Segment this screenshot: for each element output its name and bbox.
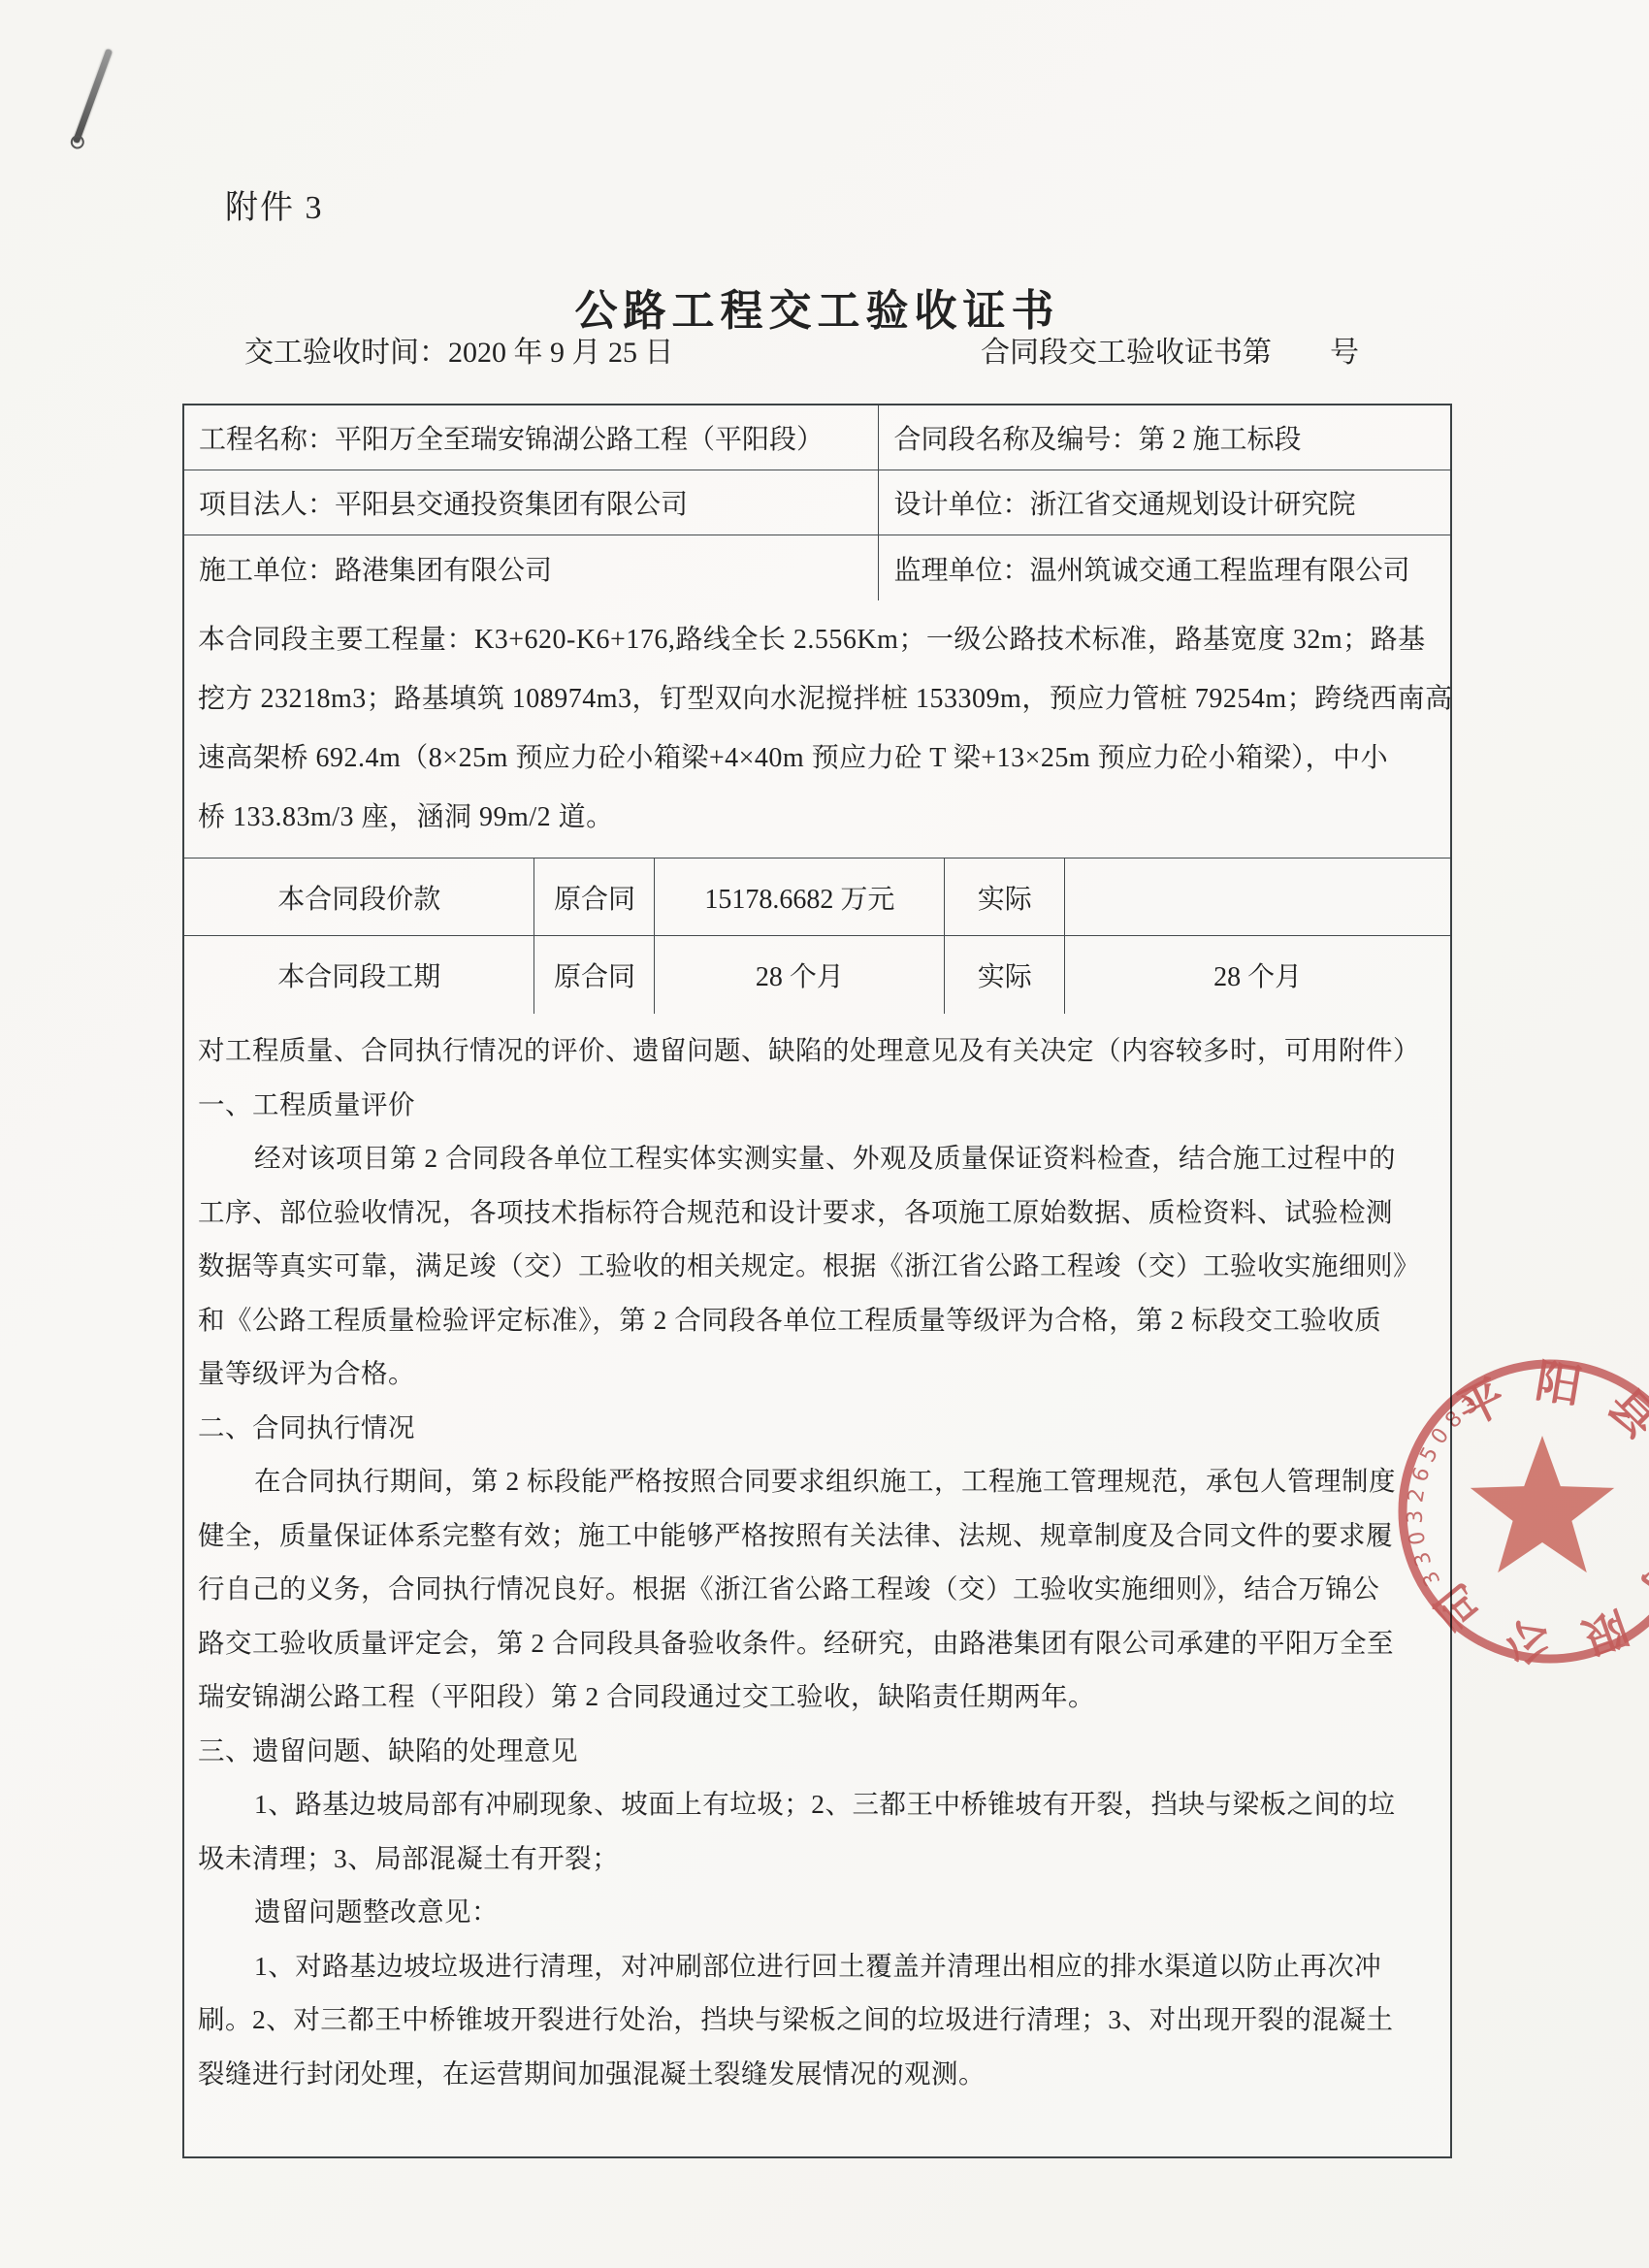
contract-rows: 本合同段价款 原合同 15178.6682 万元 实际 本合同段工期 原合同 2… <box>184 859 1450 1014</box>
evaluation-line: 健全，质量保证体系完整有效；施工中能够严格按照有关法律、法规、规章制度及合同文件… <box>198 1508 1437 1563</box>
contract-label: 本合同段价款 <box>184 859 534 935</box>
quantities-line: 挖方 23218m3；路基填筑 108974m3，钉型双向水泥搅拌桩 15330… <box>198 669 1437 729</box>
evaluation-line: 三、遗留问题、缺陷的处理意见 <box>198 1724 1437 1778</box>
evaluation-line: 量等级评为合格。 <box>198 1346 1437 1401</box>
evaluation-line: 经对该项目第 2 合同段各单位工程实体实测实量、外观及质量保证资料检查，结合施工… <box>198 1131 1437 1185</box>
table-row: 本合同段工期 原合同 28 个月 实际 28 个月 <box>184 936 1450 1014</box>
info-cell-left: 项目法人：平阳县交通投资集团有限公司 <box>184 470 879 535</box>
table-row: 项目法人：平阳县交通投资集团有限公司 设计单位：浙江省交通规划设计研究院 <box>184 470 1450 535</box>
info-cell-right: 合同段名称及编号：第 2 施工标段 <box>879 405 1450 470</box>
info-cell-left: 工程名称：平阳万全至瑞安锦湖公路工程（平阳段） <box>184 405 879 470</box>
evaluation-line: 圾未清理；3、局部混凝土有开裂； <box>198 1831 1437 1886</box>
evaluation-line: 和《公路工程质量检验评定标准》，第 2 合同段各单位工程质量等级评为合格，第 2… <box>198 1293 1437 1347</box>
actual-label: 实际 <box>945 936 1065 1014</box>
pen-scratch-mark <box>73 49 113 144</box>
actual-value: 28 个月 <box>1065 936 1450 1014</box>
table-row: 工程名称：平阳万全至瑞安锦湖公路工程（平阳段） 合同段名称及编号：第 2 施工标… <box>184 405 1450 470</box>
evaluation-line: 在合同执行期间，第 2 标段能严格按照合同要求组织施工，工程施工管理规范，承包人… <box>198 1454 1437 1508</box>
certificate-number: 合同段交工验收证书第 号 <box>981 328 1359 371</box>
evaluation-line: 瑞安锦湖公路工程（平阳段）第 2 合同段通过交工验收，缺陷责任期两年。 <box>198 1669 1437 1724</box>
seal-top-text: 平阳县 <box>1450 1356 1649 1466</box>
original-contract-label: 原合同 <box>534 859 655 935</box>
original-contract-label: 原合同 <box>534 936 655 1014</box>
header-meta-row: 交工验收时间：2020 年 9 月 25 日 合同段交工验收证书第 号 <box>182 328 1452 367</box>
quantities-line: 桥 133.83m/3 座，涵洞 99m/2 道。 <box>198 788 1437 847</box>
table-row: 本合同段价款 原合同 15178.6682 万元 实际 <box>184 859 1450 936</box>
evaluation-line: 1、路基边坡局部有冲刷现象、坡面上有垃圾；2、三都王中桥锥坡有开裂，挡块与梁板之… <box>198 1777 1437 1831</box>
evaluation-line: 工序、部位验收情况，各项技术指标符合规范和设计要求，各项施工原始数据、质检资料、… <box>198 1185 1437 1240</box>
info-cell-right: 设计单位：浙江省交通规划设计研究院 <box>879 470 1450 535</box>
evaluation-line: 1、对路基边坡垃圾进行清理，对冲刷部位进行回土覆盖并清理出相应的排水渠道以防止再… <box>198 1939 1437 1993</box>
original-contract-value: 15178.6682 万元 <box>655 859 945 935</box>
quantities-line: 速高架桥 692.4m（8×25m 预应力砼小箱梁+4×40m 预应力砼 T 梁… <box>198 729 1437 788</box>
actual-value <box>1065 859 1450 935</box>
contract-label: 本合同段工期 <box>184 936 534 1014</box>
original-contract-value: 28 个月 <box>655 936 945 1014</box>
evaluation-line: 刷。2、对三都王中桥锥坡开裂进行处治，挡块与梁板之间的垃圾进行清理；3、对出现开… <box>198 1993 1437 2047</box>
info-cell-right: 监理单位：温州筑诚交通工程监理有限公司 <box>879 535 1450 600</box>
evaluation-line: 路交工验收质量评定会，第 2 合同段具备验收条件。经研究，由路港集团有限公司承建… <box>198 1616 1437 1670</box>
evaluation-cell: 对工程质量、合同执行情况的评价、遗留问题、缺陷的处理意见及有关决定（内容较多时，… <box>184 1014 1450 2158</box>
info-cell-left: 施工单位：路港集团有限公司 <box>184 535 879 600</box>
info-rows: 工程名称：平阳万全至瑞安锦湖公路工程（平阳段） 合同段名称及编号：第 2 施工标… <box>184 405 1450 600</box>
quantities-cell: 本合同段主要工程量：K3+620-K6+176,路线全长 2.556Km；一级公… <box>184 600 1450 859</box>
certificate-table: 工程名称：平阳万全至瑞安锦湖公路工程（平阳段） 合同段名称及编号：第 2 施工标… <box>182 404 1452 2158</box>
evaluation-line: 一、工程质量评价 <box>198 1078 1437 1132</box>
star-icon <box>1471 1436 1614 1572</box>
table-row: 施工单位：路港集团有限公司 监理单位：温州筑诚交通工程监理有限公司 <box>184 535 1450 600</box>
evaluation-lines: 对工程质量、合同执行情况的评价、遗留问题、缺陷的处理意见及有关决定（内容较多时，… <box>198 1023 1437 2100</box>
actual-label: 实际 <box>945 859 1065 935</box>
scanned-document-page: { "page": { "attachment_label": "附件 3", … <box>0 0 1649 2268</box>
attachment-label: 附件 3 <box>225 180 324 228</box>
acceptance-date: 交工验收时间：2020 年 9 月 25 日 <box>244 328 674 371</box>
evaluation-line: 裂缝进行封闭处理，在运营期间加强混凝土裂缝发展情况的观测。 <box>198 2047 1437 2101</box>
evaluation-line: 对工程质量、合同执行情况的评价、遗留问题、缺陷的处理意见及有关决定（内容较多时，… <box>198 1023 1437 1078</box>
evaluation-line: 数据等真实可靠，满足竣（交）工验收的相关规定。根据《浙江省公路工程竣（交）工验收… <box>198 1239 1437 1293</box>
evaluation-line: 遗留问题整改意见： <box>198 1885 1437 1939</box>
evaluation-line: 行自己的义务，合同执行情况良好。根据《浙江省公路工程竣（交）工验收实施细则》，结… <box>198 1562 1437 1616</box>
evaluation-line: 二、合同执行情况 <box>198 1401 1437 1455</box>
quantities-line: 本合同段主要工程量：K3+620-K6+176,路线全长 2.556Km；一级公… <box>198 610 1437 669</box>
